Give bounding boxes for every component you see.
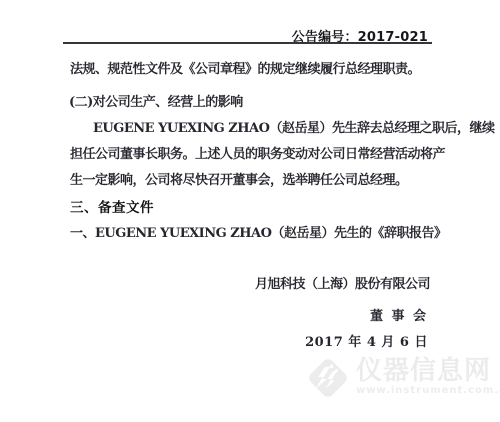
signature-date: 2017 年 4 月 6 日 — [305, 331, 428, 350]
watermark-text-block: 仪器信息网 www.instrument.com.cn — [356, 358, 500, 396]
watermark-site-name: 仪器信息网 — [356, 358, 500, 384]
backup-document-item: 一、EUGENE YUEXING ZHAO（赵岳星）先生的《辞职报告》 — [70, 222, 446, 241]
site-watermark: 仪器信息网 www.instrument.com.cn — [304, 356, 500, 400]
announcement-document-page: 公告编号：2017-021 法规、规范性文件及《公司章程》的规定继续履行总经理职… — [0, 0, 500, 422]
paragraph-line-2: 担任公司董事长职务。上述人员的职务变动对公司日常经营活动将产 — [70, 143, 445, 162]
section3-heading: 三、备查文件 — [70, 196, 154, 216]
watermark-site-url: www.instrument.com.cn — [356, 385, 500, 396]
instrument-info-diamond-logo-icon — [304, 356, 352, 400]
paragraph-line-3: 生一定影响，公司将尽快召开董事会，选举聘任公司总经理。 — [70, 169, 408, 188]
body-continuation-line: 法规、规范性文件及《公司章程》的规定继续履行总经理职责。 — [70, 58, 420, 77]
signature-board: 董 事 会 — [370, 305, 428, 324]
section2-heading: (二)对公司生产、经营上的影响 — [69, 91, 243, 110]
signature-company-name: 月旭科技（上海）股份有限公司 — [255, 273, 430, 292]
paragraph-line-1: EUGENE YUEXING ZHAO（赵岳星）先生辞去总经理之职后，继续 — [93, 117, 494, 136]
header-rule-divider — [63, 42, 432, 44]
